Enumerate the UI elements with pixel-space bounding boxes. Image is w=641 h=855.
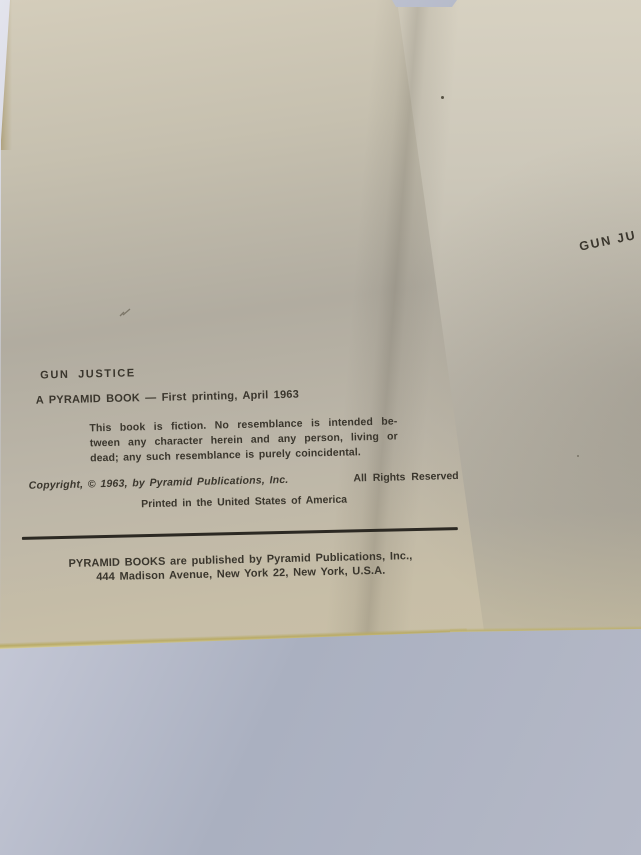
book-title: GUN JUSTICE xyxy=(40,367,136,381)
printing-line: A PYRAMID BOOK — First printing, April 1… xyxy=(36,389,299,407)
open-book: GUN JUSTICE A PYRAMID BOOK — First print… xyxy=(0,0,641,660)
page-fore-edge xyxy=(0,0,12,150)
paper-speck xyxy=(577,455,579,457)
divider-rule xyxy=(22,527,458,540)
copyright-text-block: GUN JUSTICE A PYRAMID BOOK — First print… xyxy=(18,355,463,605)
copyright-notice: Copyright, © 1963, by Pyramid Publicatio… xyxy=(29,474,289,492)
publisher-address: PYRAMID BOOKS are published by Pyramid P… xyxy=(22,549,459,586)
book-photo: GUN JUSTICE A PYRAMID BOOK — First print… xyxy=(0,0,641,855)
pencil-mark xyxy=(119,308,133,318)
fiction-disclaimer: This book is fiction. No resemblance is … xyxy=(89,414,398,466)
rights-reserved: All Rights Reserved xyxy=(353,470,458,484)
copyright-row: Copyright, © 1963, by Pyramid Publicatio… xyxy=(29,470,459,492)
paper-speck xyxy=(441,96,444,99)
printed-in-usa: Printed in the United States of America xyxy=(29,491,459,513)
